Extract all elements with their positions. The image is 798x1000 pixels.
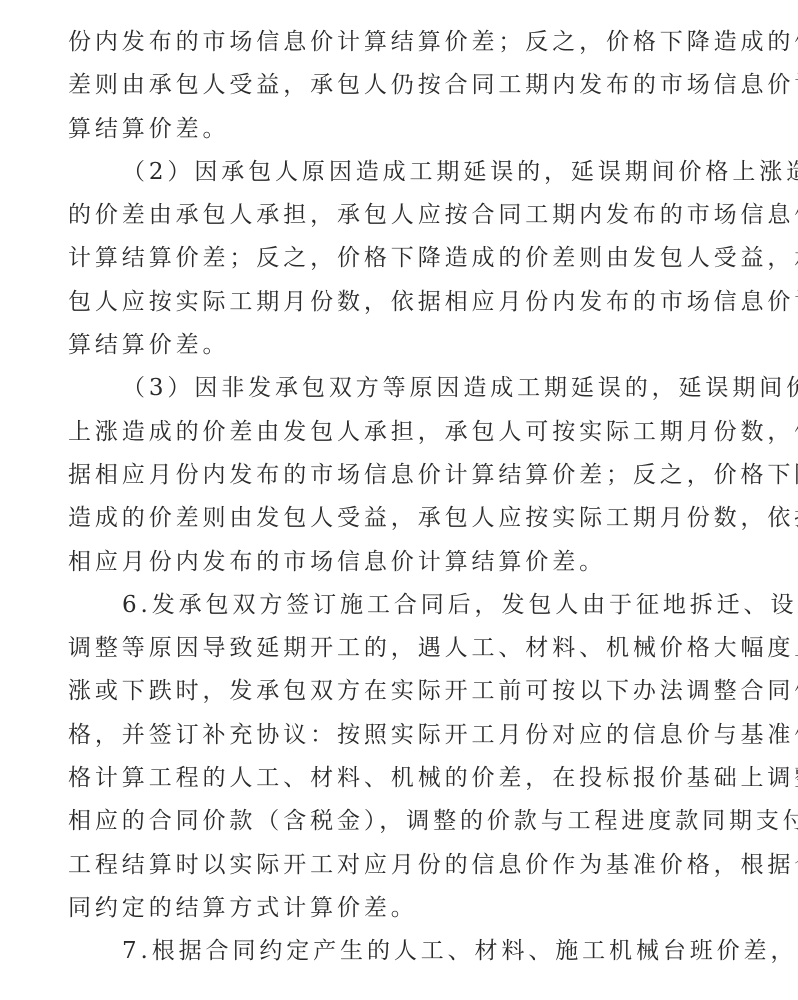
text-line: 格，并签订补充协议：按照实际开工月份对应的信息价与基准价 (68, 714, 728, 757)
text-line: 相应的合同价款（含税金），调整的价款与工程进度款同期支付， (68, 800, 728, 843)
paragraph-clause-7: 7.根据合同约定产生的人工、材料、施工机械台班价差，计 (68, 930, 728, 973)
text-line-first: 6.发承包双方签订施工合同后，发包人由于征地拆迁、设计 (68, 584, 728, 627)
text-line: 份内发布的市场信息价计算结算价差；反之，价格下降造成的价 (68, 21, 728, 64)
text-line-first: （2）因承包人原因造成工期延误的，延误期间价格上涨造成 (68, 151, 728, 194)
document-page: 份内发布的市场信息价计算结算价差；反之，价格下降造成的价 差则由承包人受益，承包… (68, 21, 728, 974)
text-line: 相应月份内发布的市场信息价计算结算价差。 (68, 541, 728, 584)
text-line: 造成的价差则由发包人受益，承包人应按实际工期月份数，依据 (68, 497, 728, 540)
text-line: 工程结算时以实际开工对应月份的信息价作为基准价格，根据合 (68, 844, 728, 887)
text-line: 算结算价差。 (68, 108, 728, 151)
text-line: 计算结算价差；反之，价格下降造成的价差则由发包人受益，承 (68, 237, 728, 280)
paragraph-continuation: 份内发布的市场信息价计算结算价差；反之，价格下降造成的价 差则由承包人受益，承包… (68, 21, 728, 151)
text-line: 算结算价差。 (68, 324, 728, 367)
text-line: 的价差由承包人承担，承包人应按合同工期内发布的市场信息价 (68, 194, 728, 237)
text-line: 格计算工程的人工、材料、机械的价差，在投标报价基础上调整 (68, 757, 728, 800)
text-line: 同约定的结算方式计算价差。 (68, 887, 728, 930)
text-line-first: 7.根据合同约定产生的人工、材料、施工机械台班价差，计 (68, 930, 728, 973)
text-line-first: （3）因非发承包双方等原因造成工期延误的，延误期间价格 (68, 367, 728, 410)
text-line: 调整等原因导致延期开工的，遇人工、材料、机械价格大幅度上 (68, 627, 728, 670)
text-line: 据相应月份内发布的市场信息价计算结算价差；反之，价格下降 (68, 454, 728, 497)
text-line: 涨或下跌时，发承包双方在实际开工前可按以下办法调整合同价 (68, 670, 728, 713)
text-line: 上涨造成的价差由发包人承担，承包人可按实际工期月份数，依 (68, 411, 728, 454)
text-line: 包人应按实际工期月份数，依据相应月份内发布的市场信息价计 (68, 281, 728, 324)
paragraph-clause-6: 6.发承包双方签订施工合同后，发包人由于征地拆迁、设计 调整等原因导致延期开工的… (68, 584, 728, 930)
text-line: 差则由承包人受益，承包人仍按合同工期内发布的市场信息价计 (68, 64, 728, 107)
paragraph-item-3: （3）因非发承包双方等原因造成工期延误的，延误期间价格 上涨造成的价差由发包人承… (68, 367, 728, 583)
paragraph-item-2: （2）因承包人原因造成工期延误的，延误期间价格上涨造成 的价差由承包人承担，承包… (68, 151, 728, 367)
